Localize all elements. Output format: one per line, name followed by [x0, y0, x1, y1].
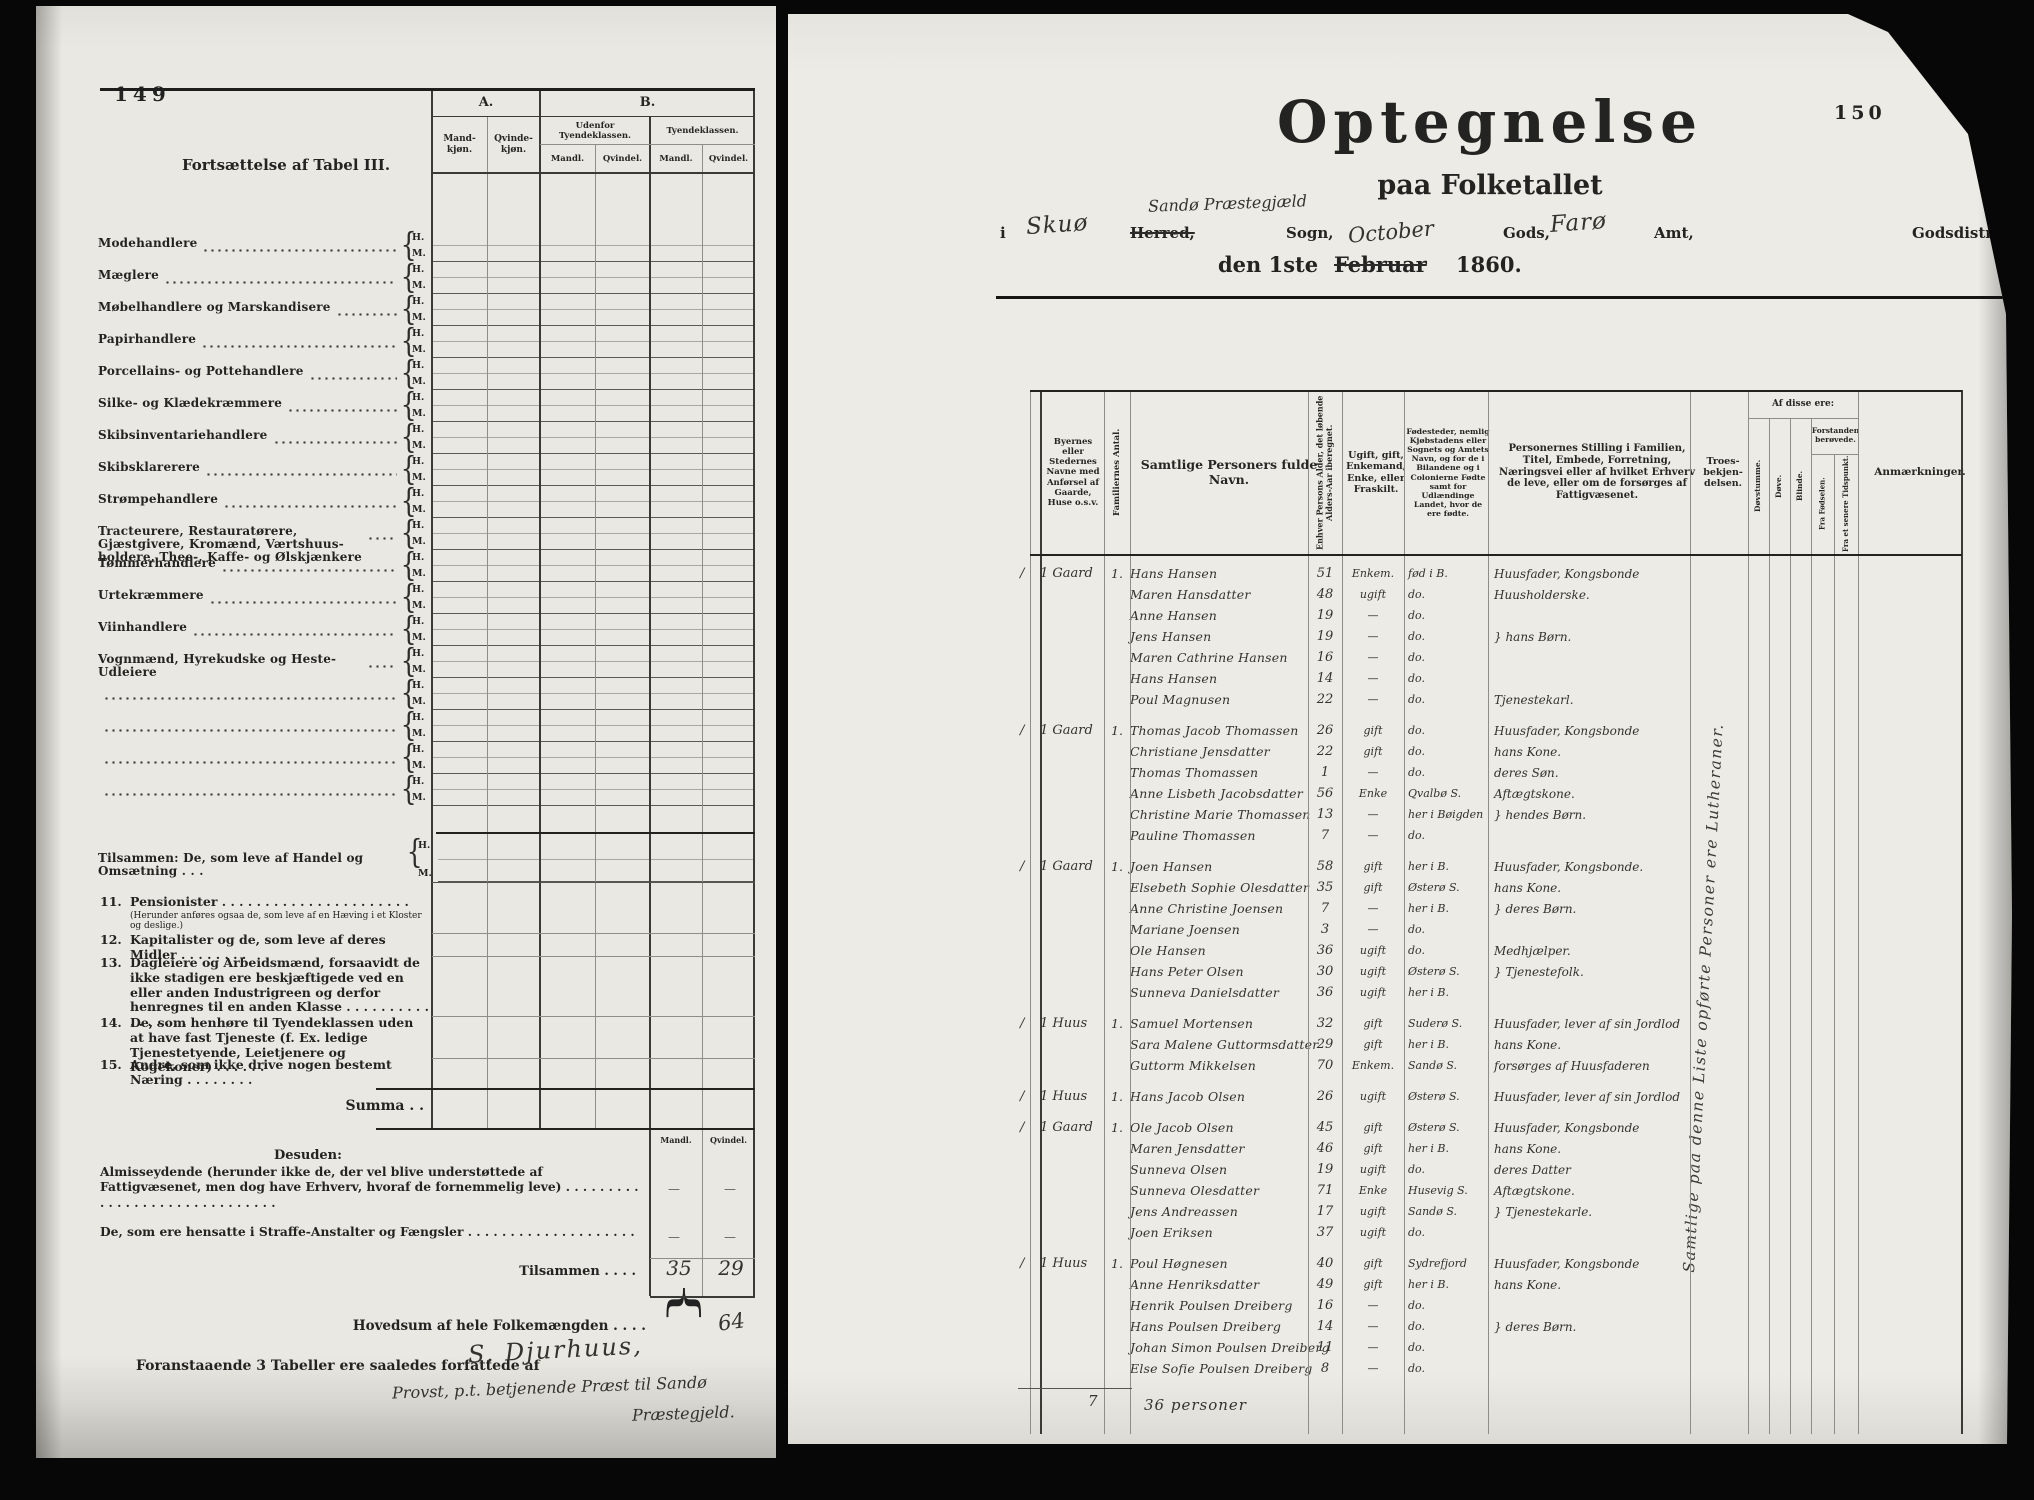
cell-place: 1 Gaard [1040, 859, 1104, 874]
table-cell [702, 550, 755, 582]
table-cell [432, 774, 487, 806]
cell-birthplace: do. [1404, 693, 1488, 706]
table-cell [432, 326, 487, 358]
table-cell [540, 422, 595, 454]
hovedsum-label: Hovedsum af hele Folkemængden . . . . [276, 1318, 646, 1334]
cell-position: deres Søn. [1488, 766, 1690, 780]
cell-position: Huusholderske. [1488, 588, 1690, 602]
cell-birthplace: do. [1404, 745, 1488, 758]
table-cell [650, 646, 702, 678]
cell-status: ugift [1342, 588, 1404, 601]
cell-name: Hans Hansen [1130, 566, 1308, 581]
table-cell [595, 294, 650, 326]
census-person-row: Maren Jensdatter 46 gift her i B. hans K… [1018, 1138, 1690, 1159]
table-cell [702, 646, 755, 678]
cell-status: Enkem. [1342, 567, 1404, 580]
table-rule [1308, 390, 1309, 1434]
table-cell [650, 390, 702, 422]
occupation-row: Skibsklarerere { H. M. [36, 454, 755, 486]
cell-status: ugift [1342, 944, 1404, 957]
desuden-row: De, som ere hensatte i Straffe-Anstalter… [100, 1224, 645, 1239]
table-cell [702, 230, 755, 262]
cell-name: Anne Hansen [1130, 608, 1308, 623]
table-cell [595, 646, 650, 678]
occupation-table-body: Modehandlere { H. M. Mæglere { H. [36, 230, 755, 806]
census-person-row: ∕ 1 Gaard 1. Hans Hansen 51 Enkem. fød i… [1018, 563, 1690, 584]
table-cell [540, 262, 595, 294]
table-rule [753, 88, 755, 1296]
right-page-scan: 150 Optegnelse paa Folketallet Sandø Præ… [788, 14, 2012, 1444]
desuden-row: Almisseydende (herunder ikke de, der vel… [100, 1164, 645, 1210]
dotted-leader [309, 377, 397, 380]
cell-status: — [1342, 1299, 1404, 1312]
table-rule [1769, 418, 1770, 1434]
cell-position: Huusfader, Kongsbonde. [1488, 860, 1690, 874]
table-cell [702, 262, 755, 294]
col-header-mandl-1: Mandl. [540, 146, 595, 172]
cell-position: Huusfader, Kongsbonde [1488, 724, 1690, 738]
table-rule [1040, 390, 1042, 1434]
census-person-row: Elsebeth Sophie Olesdatter 35 gift Øster… [1018, 877, 1690, 898]
dotted-leader [103, 697, 397, 700]
table-rule [1790, 418, 1791, 1434]
cell-birthplace: Suderø S. [1404, 1017, 1488, 1030]
summary-person-total: 36 personer [1144, 1396, 1247, 1414]
cell-name: Sunneva Olesdatter [1130, 1183, 1308, 1198]
cell-position: Huusfader, lever af sin Jordlod [1488, 1090, 1690, 1104]
cell-status: ugift [1342, 1163, 1404, 1176]
table-cell [432, 614, 487, 646]
cell-name: Sunneva Olsen [1130, 1162, 1308, 1177]
table-cell [650, 614, 702, 646]
cell-status: gift [1342, 1257, 1404, 1270]
table-cell [702, 294, 755, 326]
table-rule [431, 88, 433, 1128]
census-person-row: ∕ 1 Huus 1. Samuel Mortensen 32 gift Sud… [1018, 1013, 1690, 1034]
table-cell [540, 582, 595, 614]
table-cell [595, 486, 650, 518]
cell-status: gift [1342, 745, 1404, 758]
table-rule [1342, 390, 1343, 1434]
cell-birthplace: do. [1404, 1362, 1488, 1375]
cell-age: 22 [1308, 692, 1342, 707]
table-cell [432, 294, 487, 326]
table-cell [544, 838, 598, 882]
census-person-row: Sunneva Danielsdatter 36 ugift her i B. [1018, 982, 1690, 1003]
census-person-row: Johan Simon Poulsen Dreiberg 11 — do. [1018, 1337, 1690, 1358]
col-group-b-label: B. [540, 90, 755, 116]
census-person-row: Jens Hansen 19 — do. } hans Børn. [1018, 626, 1690, 647]
cell-birthplace: Østerø S. [1404, 1090, 1488, 1103]
table-cell [487, 326, 540, 358]
table-cell [540, 230, 595, 262]
table-cell [595, 454, 650, 486]
table-rule [432, 1016, 755, 1017]
cell-age: 48 [1308, 587, 1342, 602]
cell-status: ugift [1342, 1205, 1404, 1218]
cell-age: 40 [1308, 1256, 1342, 1271]
occupation-row: Viinhandlere { H. M. [36, 614, 755, 646]
table-cell [650, 358, 702, 390]
cell-status: gift [1342, 1278, 1404, 1291]
table-rule [432, 933, 755, 934]
table-cell [487, 742, 540, 774]
cell-status: Enke [1342, 1184, 1404, 1197]
tilsammen-label: Tilsammen: De, som leve af Handel og Oms… [98, 838, 398, 882]
cell-age: 51 [1308, 566, 1342, 581]
occupation-label: Møbelhandlere og Marskandisere [98, 294, 331, 326]
table-cell [432, 390, 487, 422]
cell-status: — [1342, 609, 1404, 622]
signature-parish: Præstegjeld. [632, 1402, 735, 1425]
cell-birthplace: Husevig S. [1404, 1184, 1488, 1197]
occupation-label: Strømpehandlere [98, 486, 218, 518]
cell-birthplace: her i B. [1404, 986, 1488, 999]
table-rule [432, 116, 755, 117]
table-rule [595, 144, 596, 1128]
col-header-qvindel-1: Qvindel. [595, 146, 650, 172]
cell-status: Enke [1342, 787, 1404, 800]
cell-birthplace: do. [1404, 766, 1488, 779]
census-person-row: Joen Eriksen 37 ugift do. [1018, 1222, 1690, 1243]
cell-position: hans Kone. [1488, 1038, 1690, 1052]
cell-name: Elsebeth Sophie Olesdatter [1130, 880, 1308, 895]
table-cell [487, 774, 540, 806]
table-rule [1811, 418, 1812, 1434]
cell-birthplace: do. [1404, 1341, 1488, 1354]
cell-name: Hans Hansen [1130, 671, 1308, 686]
dotted-leader [103, 729, 397, 732]
census-person-row: Sunneva Olesdatter 71 Enke Husevig S. Af… [1018, 1180, 1690, 1201]
cell-name: Guttorm Mikkelsen [1130, 1058, 1308, 1073]
table-cell [487, 454, 540, 486]
table-cell [432, 422, 487, 454]
table-rule [100, 88, 755, 91]
table-cell [432, 486, 487, 518]
cell-birthplace: do. [1404, 630, 1488, 643]
cell-birthplace: do. [1404, 724, 1488, 737]
cell-position: Medhjælper. [1488, 944, 1690, 958]
table-cell [703, 838, 755, 882]
col-header-deafmute: Døvstumme. [1748, 420, 1769, 552]
table-cell [702, 582, 755, 614]
occupation-row: { H. M. [36, 710, 755, 742]
col-header-udenfor-tyende: Udenfor Tyendeklassen. [540, 118, 650, 144]
signature-name: S. Djurhuus, [467, 1331, 643, 1368]
cell-position: Aftægtskone. [1488, 787, 1690, 801]
table-cell [652, 838, 703, 882]
cell-status: — [1342, 902, 1404, 915]
cell-age: 7 [1308, 901, 1342, 916]
cell-birthplace: do. [1404, 609, 1488, 622]
month-handwritten: October [1347, 216, 1435, 247]
table-rule [650, 1258, 755, 1259]
numbered-item: 12. Kapitalister og de, som leve af dere… [100, 933, 430, 956]
occupation-row: { H. M. [36, 678, 755, 710]
cell-age: 36 [1308, 985, 1342, 1000]
cell-position: hans Kone. [1488, 1142, 1690, 1156]
cell-position: Huusfader, Kongsbonde [1488, 567, 1690, 581]
cell-birthplace: do. [1404, 1299, 1488, 1312]
table-cell [702, 454, 755, 486]
item-note: (Herunder anføres ogsaa de, som leve af … [130, 911, 430, 932]
occupation-label: Modehandlere [98, 230, 197, 262]
cell-status: gift [1342, 1142, 1404, 1155]
cell-birthplace: Sandø S. [1404, 1205, 1488, 1218]
table-cell [595, 710, 650, 742]
cell-name: Maren Hansdatter [1130, 587, 1308, 602]
cell-status: — [1342, 829, 1404, 842]
margin-tally-mark: ∕ [1018, 859, 1040, 874]
cell-place: 1 Huus [1040, 1256, 1104, 1271]
cell-name: Thomas Thomassen [1130, 765, 1308, 780]
census-person-row: Hans Peter Olsen 30 ugift Østerø S. } Tj… [1018, 961, 1690, 982]
cell-status: ugift [1342, 986, 1404, 999]
cell-name: Henrik Poulsen Dreiberg [1130, 1298, 1308, 1313]
table-cell [540, 710, 595, 742]
cell-birthplace: do. [1404, 829, 1488, 842]
table-rule [1030, 390, 1031, 1434]
desuden-col-mandl: Mandl. [650, 1134, 702, 1148]
table-cell [650, 550, 702, 582]
census-family-group: ∕ 1 Huus 1. Poul Høgnesen 40 gift Sydref… [1018, 1253, 1690, 1379]
cell-position: Huusfader, Kongsbonde [1488, 1257, 1690, 1271]
table-cell [487, 390, 540, 422]
cell-family-count: 1. [1104, 1120, 1130, 1135]
numbered-items: 11. Pensionister . . . . . . . . . . . .… [100, 895, 430, 1088]
table-cell [432, 678, 487, 710]
cell-name: Anne Lisbeth Jacobsdatter [1130, 786, 1308, 801]
table-rule [1961, 390, 1963, 1434]
amt-handwritten: Farø [1549, 208, 1608, 238]
cell-status: ugift [1342, 1090, 1404, 1103]
table-cell [702, 486, 755, 518]
cell-age: 3 [1308, 922, 1342, 937]
cell-name: Joen Hansen [1130, 859, 1308, 874]
cell-name: Poul Høgnesen [1130, 1256, 1308, 1271]
census-person-row: Christine Marie Thomassen 13 — her i Bøi… [1018, 804, 1690, 825]
census-family-group: ∕ 1 Gaard 1. Ole Jacob Olsen 45 gift Øst… [1018, 1117, 1690, 1243]
cell-birthplace: Østerø S. [1404, 1121, 1488, 1134]
table-cell [492, 838, 544, 882]
table-cell [438, 838, 492, 882]
cell-age: 19 [1308, 608, 1342, 623]
cell-birthplace: Sandø S. [1404, 1059, 1488, 1072]
table-cell [487, 230, 540, 262]
census-person-row: Poul Magnusen 22 — do. Tjenestekarl. [1018, 689, 1690, 710]
table-cell [595, 582, 650, 614]
table-cell [595, 326, 650, 358]
table-cell [702, 358, 755, 390]
cell-age: 37 [1308, 1225, 1342, 1240]
cell-age: 32 [1308, 1016, 1342, 1031]
cell-age: 26 [1308, 723, 1342, 738]
cell-position: Aftægtskone. [1488, 1184, 1690, 1198]
cell-name: Hans Jacob Olsen [1130, 1089, 1308, 1104]
occupation-label: Skibsinventariehandlere [98, 422, 268, 454]
cell-name: Sunneva Danielsdatter [1130, 985, 1308, 1000]
cell-status: — [1342, 923, 1404, 936]
census-person-row: Sunneva Olsen 19 ugift do. deres Datter [1018, 1159, 1690, 1180]
cell-position: hans Kone. [1488, 881, 1690, 895]
margin-tally-mark: ∕ [1018, 566, 1040, 581]
date-den: den 1ste [1218, 252, 1318, 277]
col-group-a-label: A. [432, 90, 540, 116]
census-person-row: ∕ 1 Gaard 1. Joen Hansen 58 gift her i B… [1018, 856, 1690, 877]
cell-name: Christiane Jensdatter [1130, 744, 1308, 759]
dotted-leader [287, 409, 397, 412]
cell-place: 1 Gaard [1040, 566, 1104, 581]
table-cell [650, 742, 702, 774]
desuden-value: — [668, 1182, 680, 1196]
loc-godsdistrikt: Godsdistrikt [1912, 224, 2012, 242]
month-struck: Februar [1334, 252, 1427, 277]
cell-age: 1 [1308, 765, 1342, 780]
table-cell [595, 518, 650, 550]
page-number: 150 [1834, 102, 1886, 124]
occupation-label: Viinhandlere [98, 614, 187, 646]
census-person-row: Jens Andreassen 17 ugift Sandø S. } Tjen… [1018, 1201, 1690, 1222]
occupation-label: Tømmerhandlere [98, 550, 216, 582]
cell-position: deres Datter [1488, 1163, 1690, 1177]
cell-birthplace: do. [1404, 1226, 1488, 1239]
cell-name: Jens Hansen [1130, 629, 1308, 644]
cell-age: 30 [1308, 964, 1342, 979]
census-person-row: Sara Malene Guttormsdatter 29 gift her i… [1018, 1034, 1690, 1055]
cell-place: 1 Huus [1040, 1089, 1104, 1104]
table-cell [650, 422, 702, 454]
occupation-label: Silke- og Klædekræmmere [98, 390, 282, 422]
col-header-notes: Anmærk­ninger. [1858, 394, 1982, 551]
dotted-leader [201, 345, 397, 348]
table-cell [650, 230, 702, 262]
table-cell [540, 518, 595, 550]
census-person-row: ∕ 1 Gaard 1. Ole Jacob Olsen 45 gift Øst… [1018, 1117, 1690, 1138]
table-cell [595, 230, 650, 262]
table-rule [1404, 390, 1405, 1434]
cell-name: Jens Andreassen [1130, 1204, 1308, 1219]
cell-status: — [1342, 808, 1404, 821]
cell-age: 7 [1308, 828, 1342, 843]
census-person-row: ∕ 1 Huus 1. Poul Høgnesen 40 gift Sydref… [1018, 1253, 1690, 1274]
col-header-deaf: Døve. [1769, 420, 1790, 552]
col-header-place: Byernes eller Stedernes Navne med An­før… [1041, 394, 1105, 551]
item-number: 13. [100, 956, 130, 1016]
col-header-name: Samtlige Personers fulde Navn. [1130, 394, 1328, 551]
desuden-col-qvindel: Qvindel. [702, 1134, 755, 1148]
table-cell [702, 774, 755, 806]
table-cell [487, 550, 540, 582]
cell-name: Hans Poulsen Dreiberg [1130, 1319, 1308, 1334]
summary-family-total: 7 [1088, 1392, 1098, 1410]
table-cell [702, 678, 755, 710]
cell-age: 16 [1308, 650, 1342, 665]
numbered-item: 14. De, som henhøre til Tyendeklassen ud… [100, 1016, 430, 1058]
table-rule [650, 1296, 755, 1298]
table-cell [540, 550, 595, 582]
table-rule [996, 296, 2012, 299]
cell-name: Maren Cathrine Hansen [1130, 650, 1308, 665]
table-cell [650, 326, 702, 358]
hovedsum-value: 64 [716, 1308, 746, 1335]
cell-age: 46 [1308, 1141, 1342, 1156]
item-number: 12. [100, 933, 130, 956]
cell-age: 45 [1308, 1120, 1342, 1135]
cell-status: gift [1342, 724, 1404, 737]
margin-tally-mark: ∕ [1018, 723, 1040, 738]
loc-gods: Gods, [1503, 224, 1550, 242]
occupation-row: Skibsinventariehandlere { H. M. [36, 422, 755, 454]
census-person-row: Guttorm Mikkelsen 70 Enkem. Sandø S. for… [1018, 1055, 1690, 1076]
census-person-row: Maren Cathrine Hansen 16 — do. [1018, 647, 1690, 668]
dotted-leader [209, 601, 397, 604]
table-cell [702, 710, 755, 742]
occupation-row: Mæglere { H. M. [36, 262, 755, 294]
table-cell [595, 262, 650, 294]
table-cell [432, 646, 487, 678]
cell-family-count: 1. [1104, 859, 1130, 874]
cell-age: 14 [1308, 671, 1342, 686]
cell-position: Huusfader, Kongsbonde [1488, 1121, 1690, 1135]
census-family-group: ∕ 1 Gaard 1. Hans Hansen 51 Enkem. fød i… [1018, 563, 1690, 710]
occupation-label: Mæglere [98, 262, 159, 294]
cell-name: Sara Malene Guttormsdatter [1130, 1037, 1308, 1052]
cell-age: 56 [1308, 786, 1342, 801]
dotted-leader [273, 441, 397, 444]
table-cell [650, 454, 702, 486]
cell-birthplace: her i B. [1404, 860, 1488, 873]
cell-name: Maren Jensdatter [1130, 1141, 1308, 1156]
cell-birthplace: do. [1404, 923, 1488, 936]
census-person-row: ∕ 1 Huus 1. Hans Jacob Olsen 26 ugift Øs… [1018, 1086, 1690, 1107]
summa-label: Summa . . [274, 1098, 424, 1114]
table-rule [376, 1088, 755, 1090]
table-rule [539, 88, 541, 1128]
table-cell [702, 422, 755, 454]
col-header-qvindel-2: Qvindel. [702, 146, 755, 172]
census-person-row: Hans Poulsen Dreiberg 14 — do. } deres B… [1018, 1316, 1690, 1337]
dotted-leader [367, 665, 397, 668]
margin-tally-mark: ∕ [1018, 1120, 1040, 1135]
brace-glyph: { [407, 834, 418, 886]
table-cell [702, 614, 755, 646]
signature-title: Provst, p.t. betjenende Præst til Sandø [392, 1373, 707, 1403]
census-title: Optegnelse [1140, 88, 1840, 156]
census-person-row: Henrik Poulsen Dreiberg 16 — do. [1018, 1295, 1690, 1316]
census-person-row: Christiane Jensdatter 22 gift do. hans K… [1018, 741, 1690, 762]
table-cell [595, 614, 650, 646]
cell-position: hans Kone. [1488, 1278, 1690, 1292]
census-person-row: Hans Hansen 14 — do. [1018, 668, 1690, 689]
cell-birthplace: her i B. [1404, 1038, 1488, 1051]
cell-status: — [1342, 1320, 1404, 1333]
cell-age: 17 [1308, 1204, 1342, 1219]
col-header-tyende: Tyendeklassen. [650, 118, 755, 144]
cell-age: 14 [1308, 1319, 1342, 1334]
table-cell [487, 486, 540, 518]
item-number: 11. [100, 895, 130, 933]
cell-status: — [1342, 672, 1404, 685]
desuden-value: — [724, 1230, 736, 1244]
cell-birthplace: her i Bøigden [1404, 808, 1488, 821]
col-header-position: Personernes Stilling i Familien, Titel, … [1488, 394, 1706, 551]
table-cell [432, 454, 487, 486]
table-cell [432, 710, 487, 742]
table-rule [376, 1128, 755, 1130]
cell-age: 11 [1308, 1340, 1342, 1355]
cell-name: Ole Hansen [1130, 943, 1308, 958]
cell-status: Enkem. [1342, 1059, 1404, 1072]
